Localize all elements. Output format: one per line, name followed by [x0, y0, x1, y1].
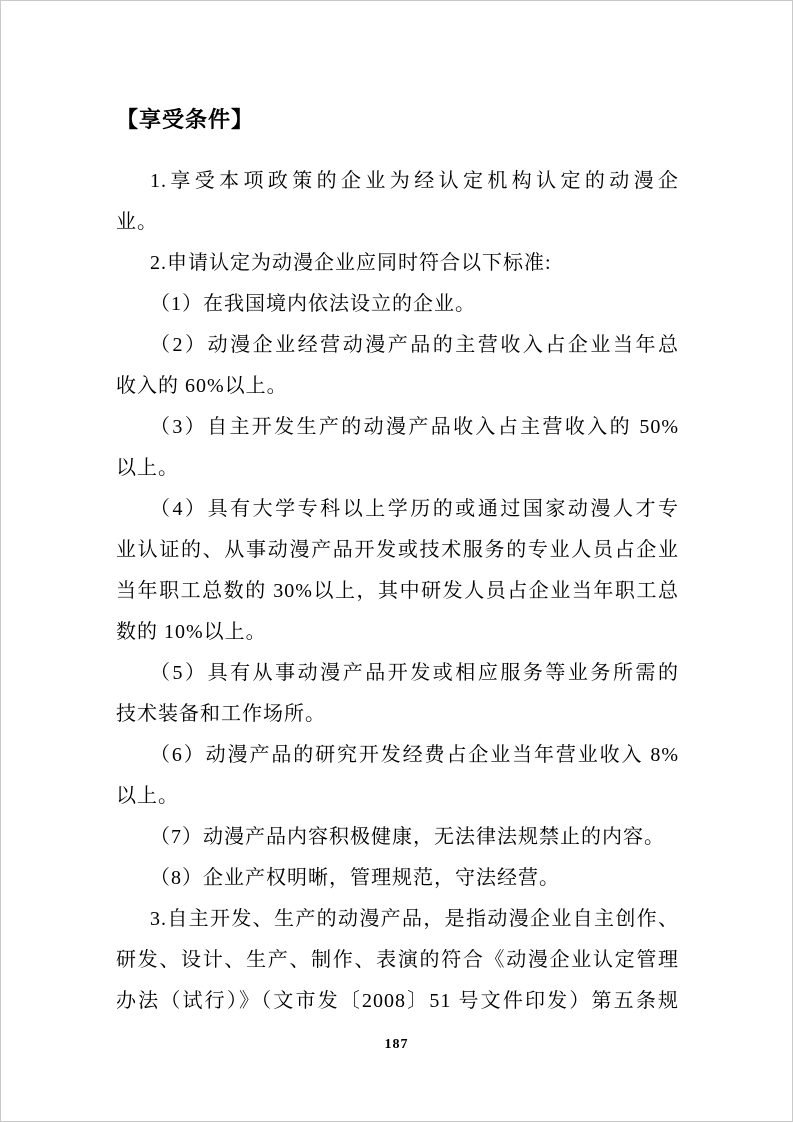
text-line: （7）动漫产品内容积极健康，无法律法规禁止的内容。	[116, 817, 679, 858]
text-line: （8）企业产权明晰，管理规范，守法经营。	[116, 858, 679, 899]
paragraph: （8）企业产权明晰，管理规范，守法经营。	[116, 858, 679, 899]
text-line: 以上。	[116, 776, 679, 817]
paragraph: （7）动漫产品内容积极健康，无法律法规禁止的内容。	[116, 817, 679, 858]
paragraph: （5）具有从事动漫产品开发或相应服务等业务所需的技术装备和工作场所。	[116, 653, 679, 735]
text-line: 数的 10%以上。	[116, 612, 679, 653]
paragraph: （3）自主开发生产的动漫产品收入占主营收入的 50%以上。	[116, 407, 679, 489]
text-line: 业认证的、从事动漫产品开发或技术服务的专业人员占企业	[116, 530, 679, 571]
paragraph: （2）动漫企业经营动漫产品的主营收入占企业当年总收入的 60%以上。	[116, 325, 679, 407]
text-line: 2.申请认定为动漫企业应同时符合以下标准:	[116, 243, 679, 284]
text-line: （5）具有从事动漫产品开发或相应服务等业务所需的	[116, 653, 679, 694]
text-line: 研发、设计、生产、制作、表演的符合《动漫企业认定管理	[116, 940, 679, 981]
text-line: 以上。	[116, 448, 679, 489]
paragraph: （6）动漫产品的研究开发经费占企业当年营业收入 8%以上。	[116, 735, 679, 817]
text-line: 办法（试行）》（文市发〔2008〕51 号文件印发）第五条规	[116, 981, 679, 1022]
document-body: 1.享受本项政策的企业为经认定机构认定的动漫企业。2.申请认定为动漫企业应同时符…	[116, 161, 679, 1022]
page-number: 187	[1, 1035, 792, 1055]
text-line: （2）动漫企业经营动漫产品的主营收入占企业当年总	[116, 325, 679, 366]
document-page: 【享受条件】 1.享受本项政策的企业为经认定机构认定的动漫企业。2.申请认定为动…	[0, 0, 793, 1122]
paragraph: 1.享受本项政策的企业为经认定机构认定的动漫企业。	[116, 161, 679, 243]
paragraph: 3.自主开发、生产的动漫产品，是指动漫企业自主创作、研发、设计、生产、制作、表演…	[116, 899, 679, 1022]
text-line: 3.自主开发、生产的动漫产品，是指动漫企业自主创作、	[116, 899, 679, 940]
paragraph: （1）在我国境内依法设立的企业。	[116, 284, 679, 325]
text-line: 当年职工总数的 30%以上，其中研发人员占企业当年职工总	[116, 571, 679, 612]
text-line: 1.享受本项政策的企业为经认定机构认定的动漫企	[116, 161, 679, 202]
text-line: （6）动漫产品的研究开发经费占企业当年营业收入 8%	[116, 735, 679, 776]
paragraph: （4）具有大学专科以上学历的或通过国家动漫人才专业认证的、从事动漫产品开发或技术…	[116, 489, 679, 653]
text-line: （3）自主开发生产的动漫产品收入占主营收入的 50%	[116, 407, 679, 448]
text-line: 收入的 60%以上。	[116, 366, 679, 407]
text-line: （1）在我国境内依法设立的企业。	[116, 284, 679, 325]
text-line: 技术装备和工作场所。	[116, 694, 679, 735]
text-line: （4）具有大学专科以上学历的或通过国家动漫人才专	[116, 489, 679, 530]
section-heading: 【享受条件】	[116, 103, 254, 137]
text-line: 业。	[116, 202, 679, 243]
paragraph: 2.申请认定为动漫企业应同时符合以下标准:	[116, 243, 679, 284]
